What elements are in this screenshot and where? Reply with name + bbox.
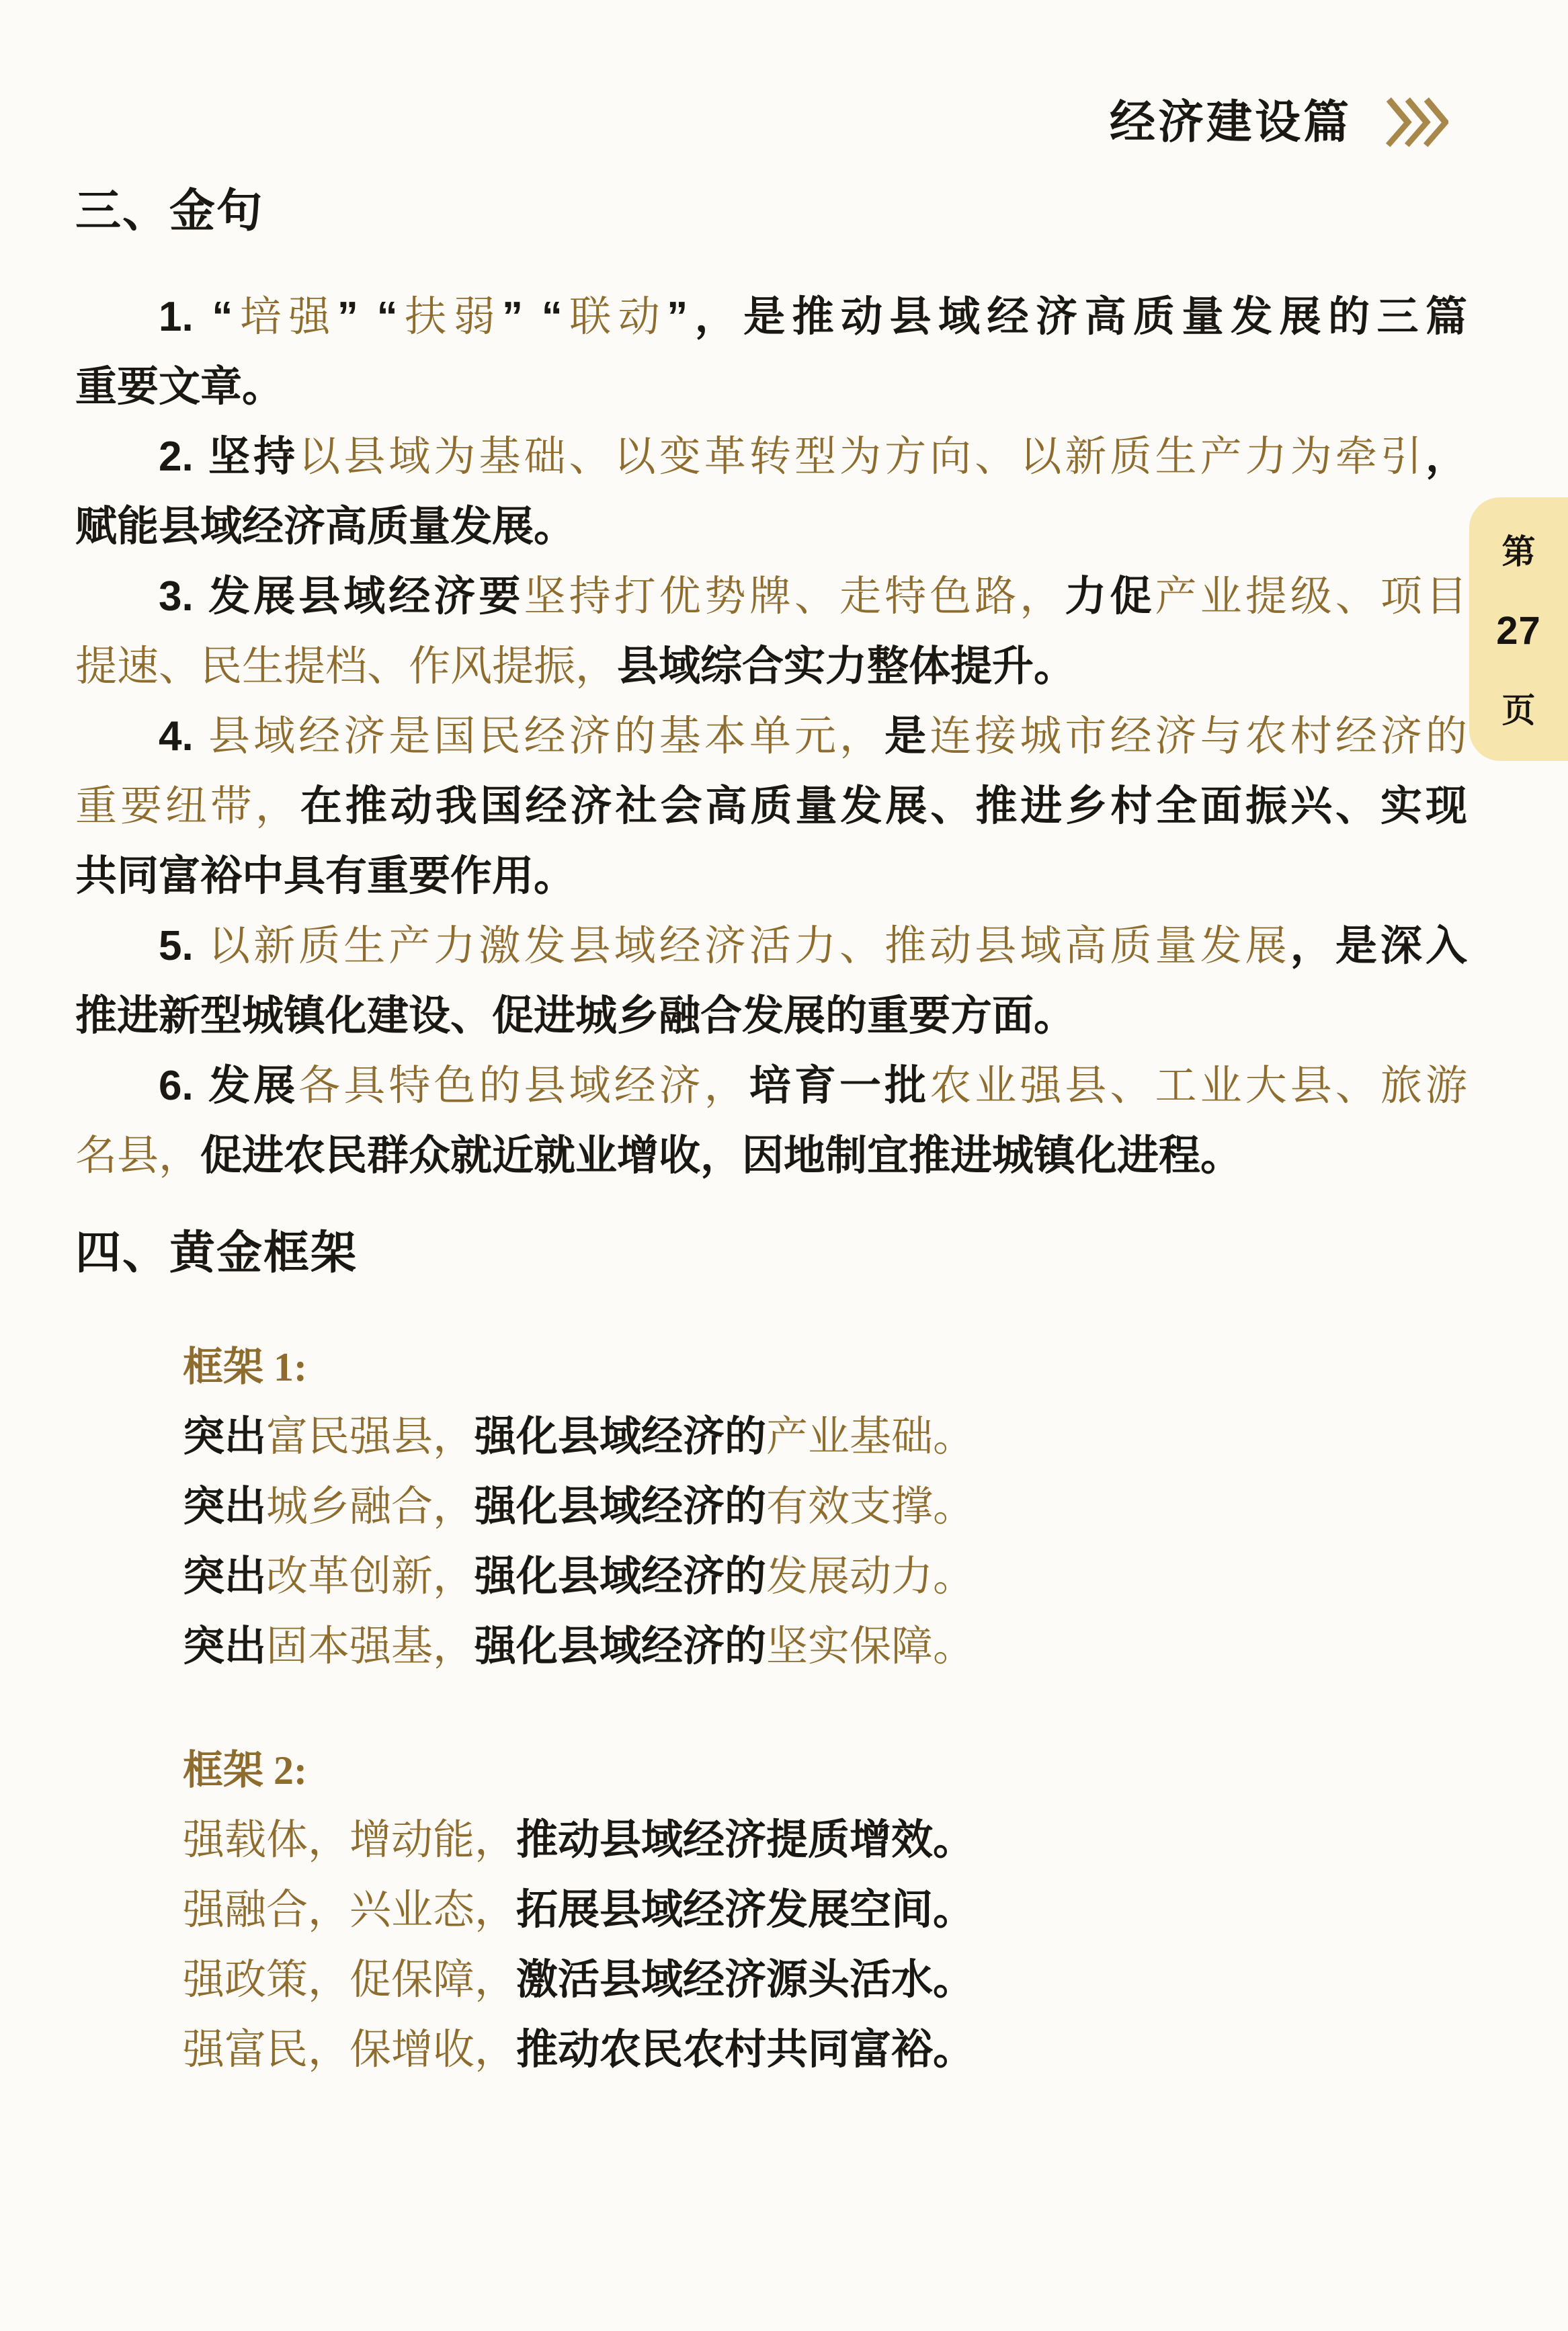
text-line: 强融合，兴业态，拓展县域经济发展空间。: [183, 1875, 1467, 1945]
text-segment: 坚持打优势牌、走特色路，: [524, 574, 1065, 620]
text-line: 4. 县域经济是国民经济的基本单元，是连接城市经济与农村经济的: [75, 702, 1467, 772]
section-heading: 三、金句: [75, 188, 1467, 234]
text-segment: 重要纽带，: [75, 784, 300, 829]
text-segment: 县域经济是国民经济的基本单元，: [208, 714, 884, 760]
text-segment: ” “: [337, 294, 398, 340]
text-segment: 激活县域经济源头活水。: [516, 1957, 975, 2003]
text-segment: 以新质生产力激发县域经济活力、推动县域高质量发展: [208, 924, 1290, 969]
text-segment: 培强: [233, 294, 337, 340]
page-number-tab: 第 27 页: [1469, 497, 1568, 761]
text-segment: 1. “: [159, 294, 233, 340]
text-segment: 强化县域经济的: [474, 1483, 766, 1530]
text-segment: 在推动我国经济社会高质量发展、推进乡村全面振兴、实现: [300, 783, 1467, 829]
text-line: 推进新型城镇化建设、促进城乡融合发展的重要方面。: [75, 981, 1467, 1051]
text-segment: 突出: [183, 1483, 266, 1530]
text-segment: 扶弱: [398, 294, 502, 340]
text-line: 3. 发展县域经济要坚持打优势牌、走特色路，力促产业提级、项目: [75, 562, 1467, 632]
text-segment: 富民强县，: [266, 1414, 474, 1460]
text-segment: 突出: [183, 1414, 266, 1460]
text-segment: 是: [884, 713, 930, 760]
text-segment: 固本强基，: [266, 1624, 474, 1670]
text-line: 重要文章。: [75, 352, 1467, 422]
section-heading: 四、黄金框架: [75, 1230, 1467, 1276]
text-segment: 强政策，促保障，: [183, 1957, 516, 2003]
text-segment: 发展动力。: [766, 1554, 975, 1600]
text-line: 赋能县域经济高质量发展。: [75, 492, 1467, 562]
text-segment: ” “: [502, 294, 563, 340]
text-segment: 强化县域经济的: [474, 1623, 766, 1670]
text-line: 突出固本强基，强化县域经济的坚实保障。: [183, 1612, 1467, 1682]
text-segment: 6. 发展: [159, 1063, 298, 1109]
frame-label: 框架 2:: [183, 1735, 1467, 1805]
text-line: 6. 发展各具特色的县域经济，培育一批农业强县、工业大县、旅游: [75, 1051, 1467, 1121]
text-segment: 4.: [159, 713, 208, 760]
text-line: 重要纽带，在推动我国经济社会高质量发展、推进乡村全面振兴、实现: [75, 772, 1467, 842]
text-line: 突出富民强县，强化县域经济的产业基础。: [183, 1402, 1467, 1472]
text-line: 强富民，保增收，推动农民农村共同富裕。: [183, 2015, 1467, 2085]
frame-block: 框架 1:突出富民强县，强化县域经济的产业基础。突出城乡融合，强化县域经济的有效…: [183, 1332, 1467, 1682]
document-page: 经济建设篇 三、金句1. “培强” “扶弱” “联动”，是推动县域经济高质量发展…: [0, 0, 1568, 2331]
triple-chevron-right-icon: [1378, 95, 1448, 149]
frame-label: 框架 1:: [183, 1332, 1467, 1402]
text-segment: 以县域为基础、以变革转型为方向、以新质生产力为牵引: [298, 434, 1426, 480]
text-line: 强载体，增动能，推动县域经济提质增效。: [183, 1805, 1467, 1875]
text-segment: 力促: [1065, 573, 1155, 620]
text-segment: 强融合，兴业态，: [183, 1887, 516, 1933]
text-segment: ”，是推动县域经济高质量发展的三篇: [667, 294, 1467, 340]
content-sections: 三、金句1. “培强” “扶弱” “联动”，是推动县域经济高质量发展的三篇重要文…: [75, 188, 1467, 2085]
frame-block: 框架 2:强载体，增动能，推动县域经济提质增效。强融合，兴业态，拓展县域经济发展…: [183, 1735, 1467, 2085]
text-line: 2. 坚持以县域为基础、以变革转型为方向、以新质生产力为牵引，: [75, 422, 1467, 492]
text-segment: 突出: [183, 1553, 266, 1600]
text-segment: 强化县域经济的: [474, 1414, 766, 1460]
text-segment: 2. 坚持: [159, 434, 298, 480]
text-line: 强政策，促保障，激活县域经济源头活水。: [183, 1945, 1467, 2015]
text-segment: 推进新型城镇化建设、促进城乡融合发展的重要方面。: [75, 993, 1075, 1039]
text-line: 突出改革创新，强化县域经济的发展动力。: [183, 1542, 1467, 1612]
text-line: 1. “培强” “扶弱” “联动”，是推动县域经济高质量发展的三篇: [75, 282, 1467, 352]
text-segment: 县域综合实力整体提升。: [617, 643, 1075, 690]
text-segment: 3. 发展县域经济要: [159, 573, 524, 620]
text-segment: 联动: [563, 294, 667, 340]
text-segment: 名县，: [75, 1133, 200, 1179]
text-segment: 强富民，保增收，: [183, 2027, 516, 2073]
text-segment: 突出: [183, 1623, 266, 1670]
text-segment: 重要文章。: [75, 364, 284, 410]
page-tab-prefix: 第: [1502, 535, 1536, 569]
text-segment: 产业基础。: [766, 1414, 975, 1460]
text-segment: 连接城市经济与农村经济的: [930, 714, 1467, 760]
text-segment: 5.: [159, 923, 208, 969]
text-segment: 强载体，增动能，: [183, 1817, 516, 1863]
text-segment: 赋能县域经济高质量发展。: [75, 503, 575, 550]
text-segment: 共同富裕中具有重要作用。: [75, 853, 575, 899]
text-line: 5. 以新质生产力激发县域经济活力、推动县域高质量发展，是深入: [75, 911, 1467, 981]
page-number: 27: [1496, 612, 1541, 651]
page-tab-suffix: 页: [1502, 694, 1536, 727]
chapter-header: 经济建设篇: [75, 0, 1448, 149]
chapter-title: 经济建设篇: [1110, 99, 1352, 145]
text-segment: 农业强县、工业大县、旅游: [930, 1063, 1467, 1109]
text-segment: 各具特色的县域经济，: [298, 1063, 749, 1109]
text-segment: 提速、民生提档、作风提振，: [75, 644, 617, 690]
text-segment: 城乡融合，: [266, 1484, 474, 1530]
text-line: 突出城乡融合，强化县域经济的有效支撑。: [183, 1472, 1467, 1542]
text-segment: ，: [1426, 434, 1467, 480]
text-segment: 改革创新，: [266, 1554, 474, 1600]
text-segment: 产业提级、项目: [1155, 574, 1467, 620]
text-segment: ，是深入: [1290, 923, 1467, 969]
text-segment: 有效支撑。: [766, 1484, 975, 1530]
text-segment: 培育一批: [749, 1063, 930, 1109]
text-segment: 推动农民农村共同富裕。: [516, 2027, 975, 2073]
text-segment: 坚实保障。: [766, 1624, 975, 1670]
text-line: 名县，促进农民群众就近就业增收，因地制宜推进城镇化进程。: [75, 1121, 1467, 1191]
text-line: 共同富裕中具有重要作用。: [75, 842, 1467, 911]
text-line: 提速、民生提档、作风提振，县域综合实力整体提升。: [75, 632, 1467, 702]
text-segment: 推动县域经济提质增效。: [516, 1817, 975, 1863]
paragraph-lines: 1. “培强” “扶弱” “联动”，是推动县域经济高质量发展的三篇重要文章。2.…: [75, 282, 1467, 1191]
text-segment: 强化县域经济的: [474, 1553, 766, 1600]
text-segment: 拓展县域经济发展空间。: [516, 1887, 975, 1933]
text-segment: 促进农民群众就近就业增收，因地制宜推进城镇化进程。: [200, 1133, 1242, 1179]
